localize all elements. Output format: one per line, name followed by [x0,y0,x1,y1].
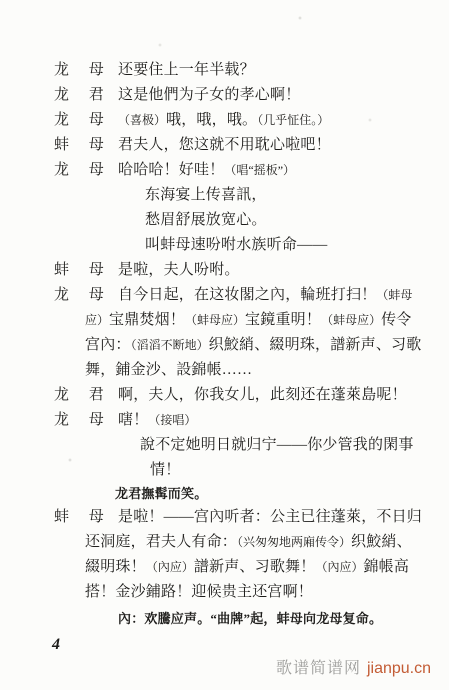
speaker-char: 母 [89,58,104,83]
dialogue-line: 龙母自今日起，在这妆閣之內，輪班打扫！（蚌母应）宝鼎焚烟！（蚌母应）宝鏡重明！（… [0,283,449,383]
line-text: 是啦，夫人吩咐。 [85,258,423,283]
spoken-text: 是啦，夫人吩咐。 [118,262,240,278]
speaker-name: 龙母 [54,283,104,308]
stage-direction-inline: （喜极） [118,113,166,127]
line-text: （喜极）哦，哦，哦。（几乎怔住。） [85,108,423,133]
speaker-name: 龙君 [54,383,104,408]
speaker-name: 龙君 [54,83,104,108]
speaker-char: 龙 [54,383,69,408]
watermark-site-url: jianpu.cn [367,660,431,677]
spoken-text: 这是他們为子女的孝心啊！ [118,87,300,103]
stage-direction-inline: （几乎怔住。） [257,113,329,127]
line-text: 君夫人，您这就不用耽心啦吧！ [85,133,423,158]
speaker-char: 母 [89,505,104,530]
spoken-text: 譜新声、习歌舞！ [194,559,316,575]
verse-line: 叫蚌母速吩咐水族听命—— [0,233,449,258]
watermark-site-name: 歌谱简谱网 [276,660,361,677]
spoken-text: 宝鼎焚烟！ [109,312,185,328]
stage-note-line: 內：欢騰应声。“曲牌”起，蚌母向龙母复命。 [0,608,449,630]
stage-direction-inline: （蚌母应） [185,313,245,327]
line-text: 这是他們为子女的孝心啊！ [85,83,423,108]
speaker-char: 龙 [54,58,69,83]
line-text: 內：欢騰应声。“曲牌”起，蚌母向龙母复命。 [118,608,449,630]
stage-direction-inline: （蚌母应） [321,313,381,327]
stage-direction-inline: （兴匆匆地两廂传令） [237,535,351,549]
speaker-name: 蚌母 [54,258,104,283]
spoken-text: 哦，哦，哦。 [166,112,257,128]
verse-long-line: 說不定她明日就归宁——你少管我的閑事情！ [0,433,449,483]
spoken-text: 愁眉舒展放宽心。 [145,212,267,228]
script-body: 龙母还要住上一年半载？龙君这是他們为子女的孝心啊！龙母（喜极）哦，哦，哦。（几乎… [0,58,449,630]
stage-direction-inline: （內应） [315,560,363,574]
spoken-text: 說不定她明日就归宁——你少管我的閑事情！ [140,437,414,478]
line-text: 哈哈哈！好哇！（唱“摇板”） [85,158,423,183]
speaker-char: 母 [89,408,104,433]
line-text: 說不定她明日就归宁——你少管我的閑事情！ [150,433,421,483]
line-text: 还要住上一年半载？ [85,58,423,83]
page-number: 4 [52,636,60,654]
verse-line: 东海宴上传喜訊， [0,183,449,208]
speaker-char: 母 [89,283,104,308]
speaker-char: 君 [89,83,104,108]
speaker-char: 蚌 [54,258,69,283]
dialogue-line: 龙母哈哈哈！好哇！（唱“摇板”） [0,158,449,183]
speaker-char: 龙 [54,408,69,433]
speaker-name: 龙母 [54,158,104,183]
speaker-char: 龙 [54,83,69,108]
speaker-char: 蚌 [54,133,69,158]
watermark: 歌谱简谱网jianpu.cn [276,655,431,678]
spoken-text: 自今日起，在这妆閣之內，輪班打扫！ [118,287,376,303]
spoken-text: 叫蚌母速吩咐水族听命—— [145,237,327,253]
stage-direction-inline: （內应） [146,560,194,574]
line-text: 啊，夫人，你我女儿，此刻还在蓬萊島呢！ [85,383,423,408]
speaker-char: 母 [89,108,104,133]
dialogue-line: 龙君这是他們为子女的孝心啊！ [0,83,449,108]
speaker-char: 龙 [54,158,69,183]
dialogue-line: 蚌母君夫人，您这就不用耽心啦吧！ [0,133,449,158]
speaker-char: 蚌 [54,505,69,530]
spoken-text: 还要住上一年半载？ [118,62,255,78]
spoken-text: 嗐！ [118,412,148,428]
speaker-char: 母 [89,258,104,283]
speaker-char: 母 [89,133,104,158]
spoken-text: 宝鏡重明！ [245,312,321,328]
speaker-name: 龙母 [54,408,104,433]
dialogue-line: 蚌母是啦！——宫內听者：公主已往蓬萊，不日归还洞庭，君夫人有命：（兴匆匆地两廂传… [0,505,449,605]
spoken-text: 哈哈哈！好哇！ [118,162,224,178]
line-text: 嗐！（接唱） [85,408,423,433]
dialogue-line: 龙母还要住上一年半载？ [0,58,449,83]
speaker-name: 龙母 [54,58,104,83]
speaker-name: 蚌母 [54,505,104,530]
line-text: 是啦！——宫內听者：公主已往蓬萊，不日归还洞庭，君夫人有命：（兴匆匆地两廂传令）… [85,505,423,605]
spoken-text: 內：欢騰应声。“曲牌”起，蚌母向龙母复命。 [118,611,382,626]
verse-line: 愁眉舒展放宽心。 [0,208,449,233]
line-text: 龙君撫髯而笑。 [115,483,449,505]
dialogue-line: 龙君啊，夫人，你我女儿，此刻还在蓬萊島呢！ [0,383,449,408]
dialogue-line: 龙母（喜极）哦，哦，哦。（几乎怔住。） [0,108,449,133]
speaker-char: 龙 [54,108,69,133]
stage-line: 龙君撫髯而笑。 [0,483,449,505]
spoken-text: 君夫人，您这就不用耽心啦吧！ [118,137,331,153]
line-text: 自今日起，在这妆閣之內，輪班打扫！（蚌母应）宝鼎焚烟！（蚌母应）宝鏡重明！（蚌母… [85,283,423,383]
speaker-char: 君 [89,383,104,408]
speaker-char: 龙 [54,283,69,308]
spoken-text: 东海宴上传喜訊， [145,187,267,203]
spoken-text: 龙君撫髯而笑。 [115,486,207,501]
stage-direction-inline: （滔滔不断地） [131,338,209,352]
line-text: 愁眉舒展放宽心。 [145,208,429,233]
scanned-script-page: 龙母还要住上一年半载？龙君这是他們为子女的孝心啊！龙母（喜极）哦，哦，哦。（几乎… [0,0,449,690]
speaker-name: 龙母 [54,108,104,133]
line-text: 东海宴上传喜訊， [145,183,429,208]
stage-direction-inline: （接唱） [148,413,196,427]
dialogue-line: 蚌母是啦，夫人吩咐。 [0,258,449,283]
stage-direction-inline: （唱“摇板”） [224,163,295,177]
speaker-name: 蚌母 [54,133,104,158]
dialogue-line: 龙母嗐！（接唱） [0,408,449,433]
spoken-text: 啊，夫人，你我女儿，此刻还在蓬萊島呢！ [118,387,407,403]
line-text: 叫蚌母速吩咐水族听命—— [145,233,429,258]
speaker-char: 母 [89,158,104,183]
